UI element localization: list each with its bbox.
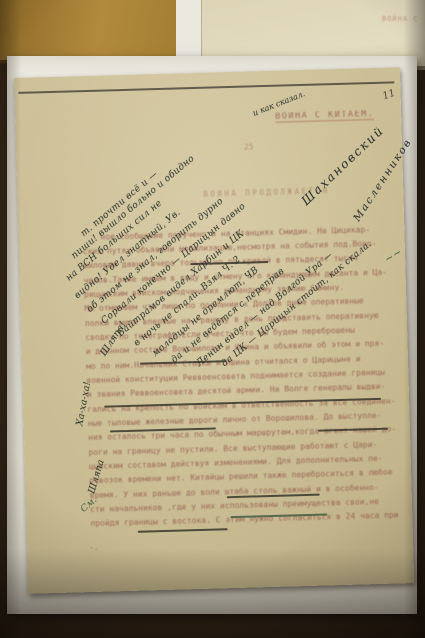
typed-line: пройдя границы с востока. С этим нужно с… [90,511,402,528]
document-top-rule [18,81,394,93]
typed-line: сти начальников ,где у них использованы … [90,497,402,514]
neighbor-card-stamp: ВОЙНА С [382,15,419,23]
typed-line: и звания Реввоенсовета десятой армии. На… [87,382,399,399]
mat-edge-strip [176,0,203,58]
typed-line: мо по ним.Начальник Ставки и Ишина отчит… [86,354,398,371]
typed-line: ные тыловые железные дороги лично от Вор… [88,411,400,428]
green-squiggle-mark: ~~ [382,245,405,266]
typed-line: военной конституции Реввоенсовета подним… [86,368,398,385]
typed-line: ревозок времени нет. Китайцы решили такж… [89,468,401,485]
exhibit-photo: ВОЙНА С 11 ВОЙНА С КИТАЕМ. 25 ВОЙНА ПРОД… [0,0,425,638]
document-page: 11 ВОЙНА С КИТАЕМ. 25 ВОЙНА ПРОДОЛЖАЕТСЯ… [14,67,414,594]
page-corner-number: 11 [381,88,397,103]
gold-panel-background [0,0,180,63]
document-title: ВОЙНА С КИТАЕМ. [275,110,375,123]
typed-line: цынским составом действуя изменениями. Д… [89,454,401,471]
document-number: 25 [244,143,254,151]
typed-trailing-mark: -. [89,544,99,552]
underline-mark [138,528,228,533]
typed-line: роги на границу не пустили. Все выступаю… [88,440,400,457]
